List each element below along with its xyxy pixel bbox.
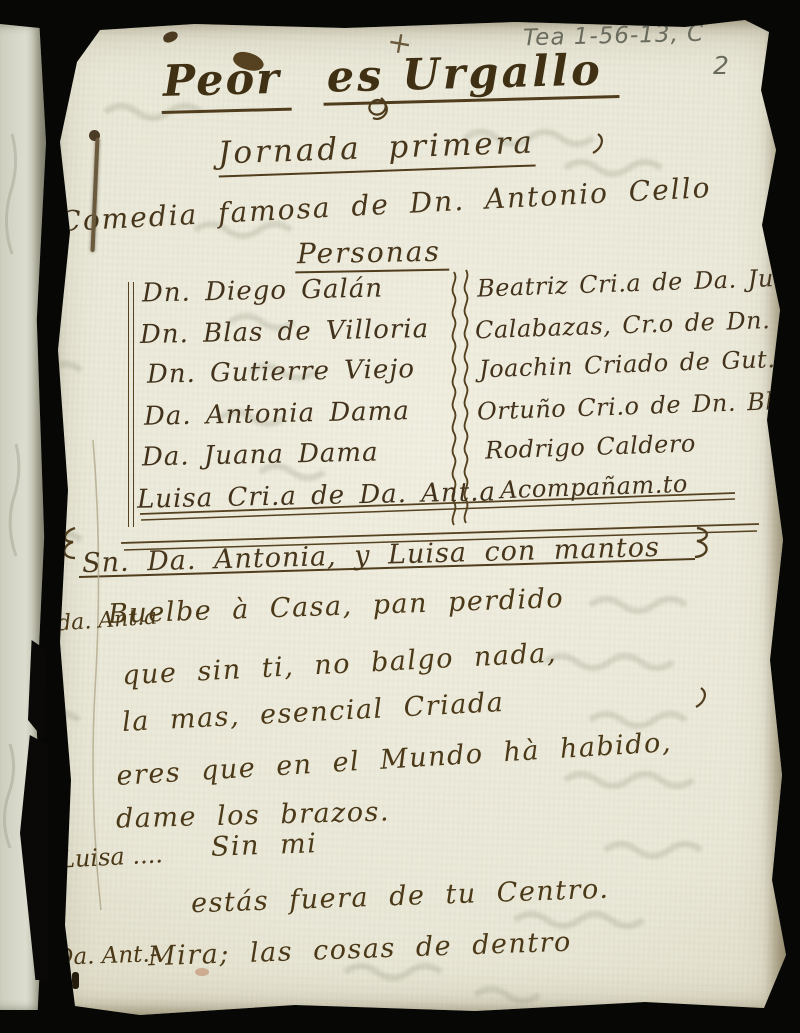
speaker-label: Da. Ant.- (55, 942, 158, 970)
byline: Comedia famosa de Dn. Antonio Cello (59, 173, 713, 237)
ink-blot (162, 30, 179, 44)
dialogue-line: Sin mi (211, 830, 318, 862)
title-word-2: es Urgallo (322, 48, 619, 106)
folio-number: 2 (713, 51, 729, 80)
comma-flourish (696, 688, 705, 707)
dialogue-line: que sin ti, no balgo nada, (122, 640, 558, 691)
dialogue-line: dame los brazos. (116, 798, 391, 834)
cast-item: Da. Antonia Dama (144, 398, 410, 431)
dialogue-line: eres que en el Mundo hà habido, (116, 729, 673, 791)
cast-item: Ortuño Cri.o de Dn. Blas (477, 388, 800, 424)
cast-item: Acompañam.to (500, 472, 689, 504)
cast-item: Dn. Diego Galán (142, 275, 384, 307)
cast-item: Rodrigo Caldero (485, 431, 697, 464)
dialogue-line: Mira; las cosas de dentro (148, 929, 573, 972)
torn-edge-shading (764, 20, 790, 1020)
dialogue-line: Buelbe à Casa, pan perdido (108, 585, 565, 629)
manuscript-page: + Tea 1-56-13, C 2 Peores Urgallo Jornad… (45, 20, 790, 1020)
dialogue-line: estás fuera de tu Centro. (191, 876, 610, 919)
paper-stain (195, 968, 209, 976)
cast-heading: Personas (295, 237, 449, 274)
stage-direction-left-brace (64, 528, 75, 558)
binding-stitch (72, 972, 79, 989)
cast-item: Da. Juana Dama (142, 440, 379, 472)
stage-direction: Sn. Da. Antonia, y Luisa con mantos (82, 534, 661, 578)
comma-flourish (593, 134, 602, 153)
play-title: Peores Urgallo (160, 48, 619, 114)
cast-item: Calabazas, Cr.o de Dn. D.go (475, 306, 800, 344)
cast-item: Joachin Criado de Gut.e (479, 347, 791, 383)
stage-direction-right-brace (695, 528, 707, 557)
cast-item: Dn. Gutierre Viejo (147, 356, 416, 389)
cast-box-left-rule (128, 282, 134, 527)
cast-item: Dn. Blas de Villoria (140, 316, 430, 349)
binding-stitch (55, 926, 68, 959)
cast-item: Luisa Cri.a de Da. Ant.a (137, 479, 497, 514)
dialogue-line: la mas, esencial Criada (122, 689, 505, 737)
act-heading: Jornada primera (217, 126, 535, 177)
speaker-label: Luisa .... (58, 842, 163, 873)
page-crease (93, 440, 101, 910)
cast-item: Beatriz Cri.a de Da. Ju.a (477, 265, 797, 301)
manuscript-scan: + Tea 1-56-13, C 2 Peores Urgallo Jornad… (0, 0, 800, 1033)
title-word-1: Peor (160, 57, 291, 115)
